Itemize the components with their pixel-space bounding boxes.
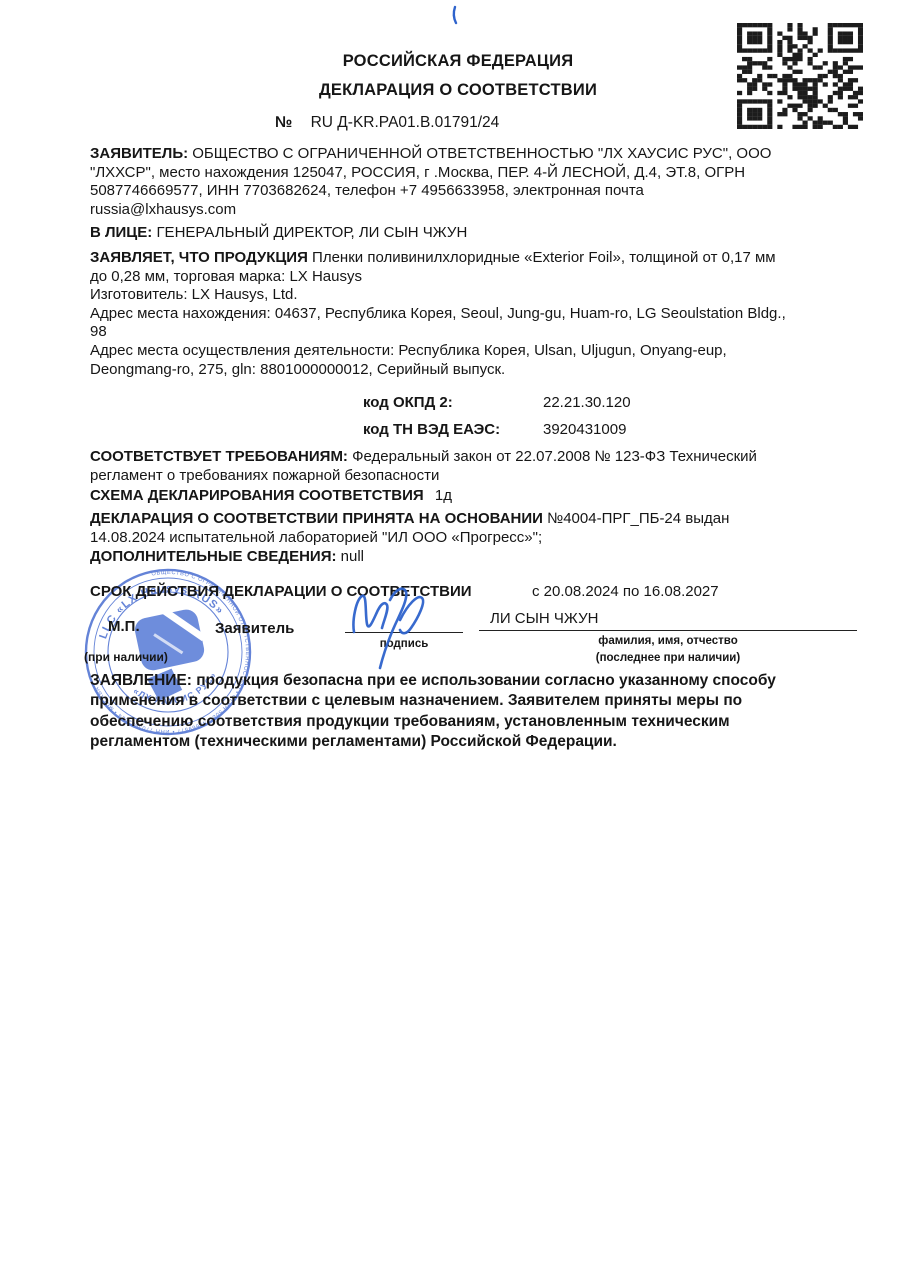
- doc-title: ДЕКЛАРАЦИЯ О СООТВЕТСТВИИ: [90, 81, 826, 100]
- number-label: №: [275, 114, 292, 131]
- applicant-paragraph: ЗАЯВИТЕЛЬ: ОБЩЕСТВО С ОГРАНИЧЕННОЙ ОТВЕТ…: [90, 145, 865, 219]
- compliance-label: СООТВЕТСТВУЕТ ТРЕБОВАНИЯМ:: [90, 448, 348, 465]
- declaration-number: RU Д-KR.РА01.В.01791/24: [311, 114, 500, 131]
- okpd-code-value: 22.21.30.120: [543, 394, 631, 413]
- additional-info-line: ДОПОЛНИТЕЛЬНЫЕ СВЕДЕНИЯ: null: [90, 548, 865, 567]
- in-person-line: В ЛИЦЕ: ГЕНЕРАЛЬНЫЙ ДИРЕКТОР, ЛИ СЫН ЧЖУ…: [90, 224, 865, 243]
- activity-address-line: Адрес места осуществления деятельности: …: [90, 342, 865, 361]
- scheme-label: СХЕМА ДЕКЛАРИРОВАНИЯ СООТВЕТСТВИЯ: [90, 487, 424, 504]
- scheme-line: СХЕМА ДЕКЛАРИРОВАНИЯ СООТВЕТСТВИЯ 1д: [90, 487, 865, 506]
- declaration-document: РОССИЙСКАЯ ФЕДЕРАЦИЯ ДЕКЛАРАЦИЯ О СООТВЕ…: [0, 0, 900, 1273]
- basis-paragraph: ДЕКЛАРАЦИЯ О СООТВЕТСТВИИ ПРИНЯТА НА ОСН…: [90, 510, 865, 547]
- statement-paragraph: ЗАЯВЛЕНИЕ: продукция безопасна при ее ис…: [90, 671, 865, 753]
- statement-label: ЗАЯВЛЕНИЕ:: [90, 672, 192, 689]
- name-line: [479, 630, 857, 631]
- okpd-code-label: код ОКПД 2:: [363, 394, 453, 413]
- signatory-name: ЛИ СЫН ЧЖУН: [490, 610, 598, 629]
- address-line: Адрес места нахождения: 04637, Республик…: [90, 305, 865, 324]
- manufacturer-line: Изготовитель: LX Hausys, Ltd.: [90, 286, 865, 305]
- applicant-label: ЗАЯВИТЕЛЬ:: [90, 145, 188, 162]
- compliance-paragraph: СООТВЕТСТВУЕТ ТРЕБОВАНИЯМ: Федеральный з…: [90, 448, 865, 485]
- tnved-code-label: код ТН ВЭД ЕАЭС:: [363, 421, 500, 440]
- additional-info-label: ДОПОЛНИТЕЛЬНЫЕ СВЕДЕНИЯ:: [90, 548, 336, 565]
- page-title: РОССИЙСКАЯ ФЕДЕРАЦИЯ: [90, 52, 826, 71]
- ink-mark: [448, 4, 462, 26]
- tnved-code-value: 3920431009: [543, 421, 626, 440]
- declaration-number-row: № RU Д-KR.РА01.В.01791/24: [275, 114, 499, 133]
- qr-code: [737, 23, 863, 129]
- product-paragraph: ЗАЯВЛЯЕТ, ЧТО ПРОДУКЦИЯ Пленки поливинил…: [90, 249, 865, 379]
- applicant-sign-label: Заявитель: [215, 620, 294, 639]
- basis-label: ДЕКЛАРАЦИЯ О СООТВЕТСТВИИ ПРИНЯТА НА ОСН…: [90, 510, 543, 527]
- in-person-label: В ЛИЦЕ:: [90, 224, 152, 241]
- additional-info-value: null: [341, 548, 364, 565]
- validity-label: СРОК ДЕЙСТВИЯ ДЕКЛАРАЦИИ О СООТВЕТСТВИИ: [90, 583, 865, 602]
- name-caption-2: (последнее при наличии): [479, 651, 857, 665]
- name-caption-1: фамилия, имя, отчество: [479, 634, 857, 648]
- handwritten-signature: [338, 578, 448, 674]
- product-label: ЗАЯВЛЯЕТ, ЧТО ПРОДУКЦИЯ: [90, 249, 308, 266]
- scheme-value: 1д: [435, 487, 452, 504]
- mp-note: (при наличии): [84, 650, 184, 664]
- validity-dates: с 20.08.2024 по 16.08.2027: [532, 583, 719, 602]
- stamp-place-label: М.П.: [108, 618, 140, 637]
